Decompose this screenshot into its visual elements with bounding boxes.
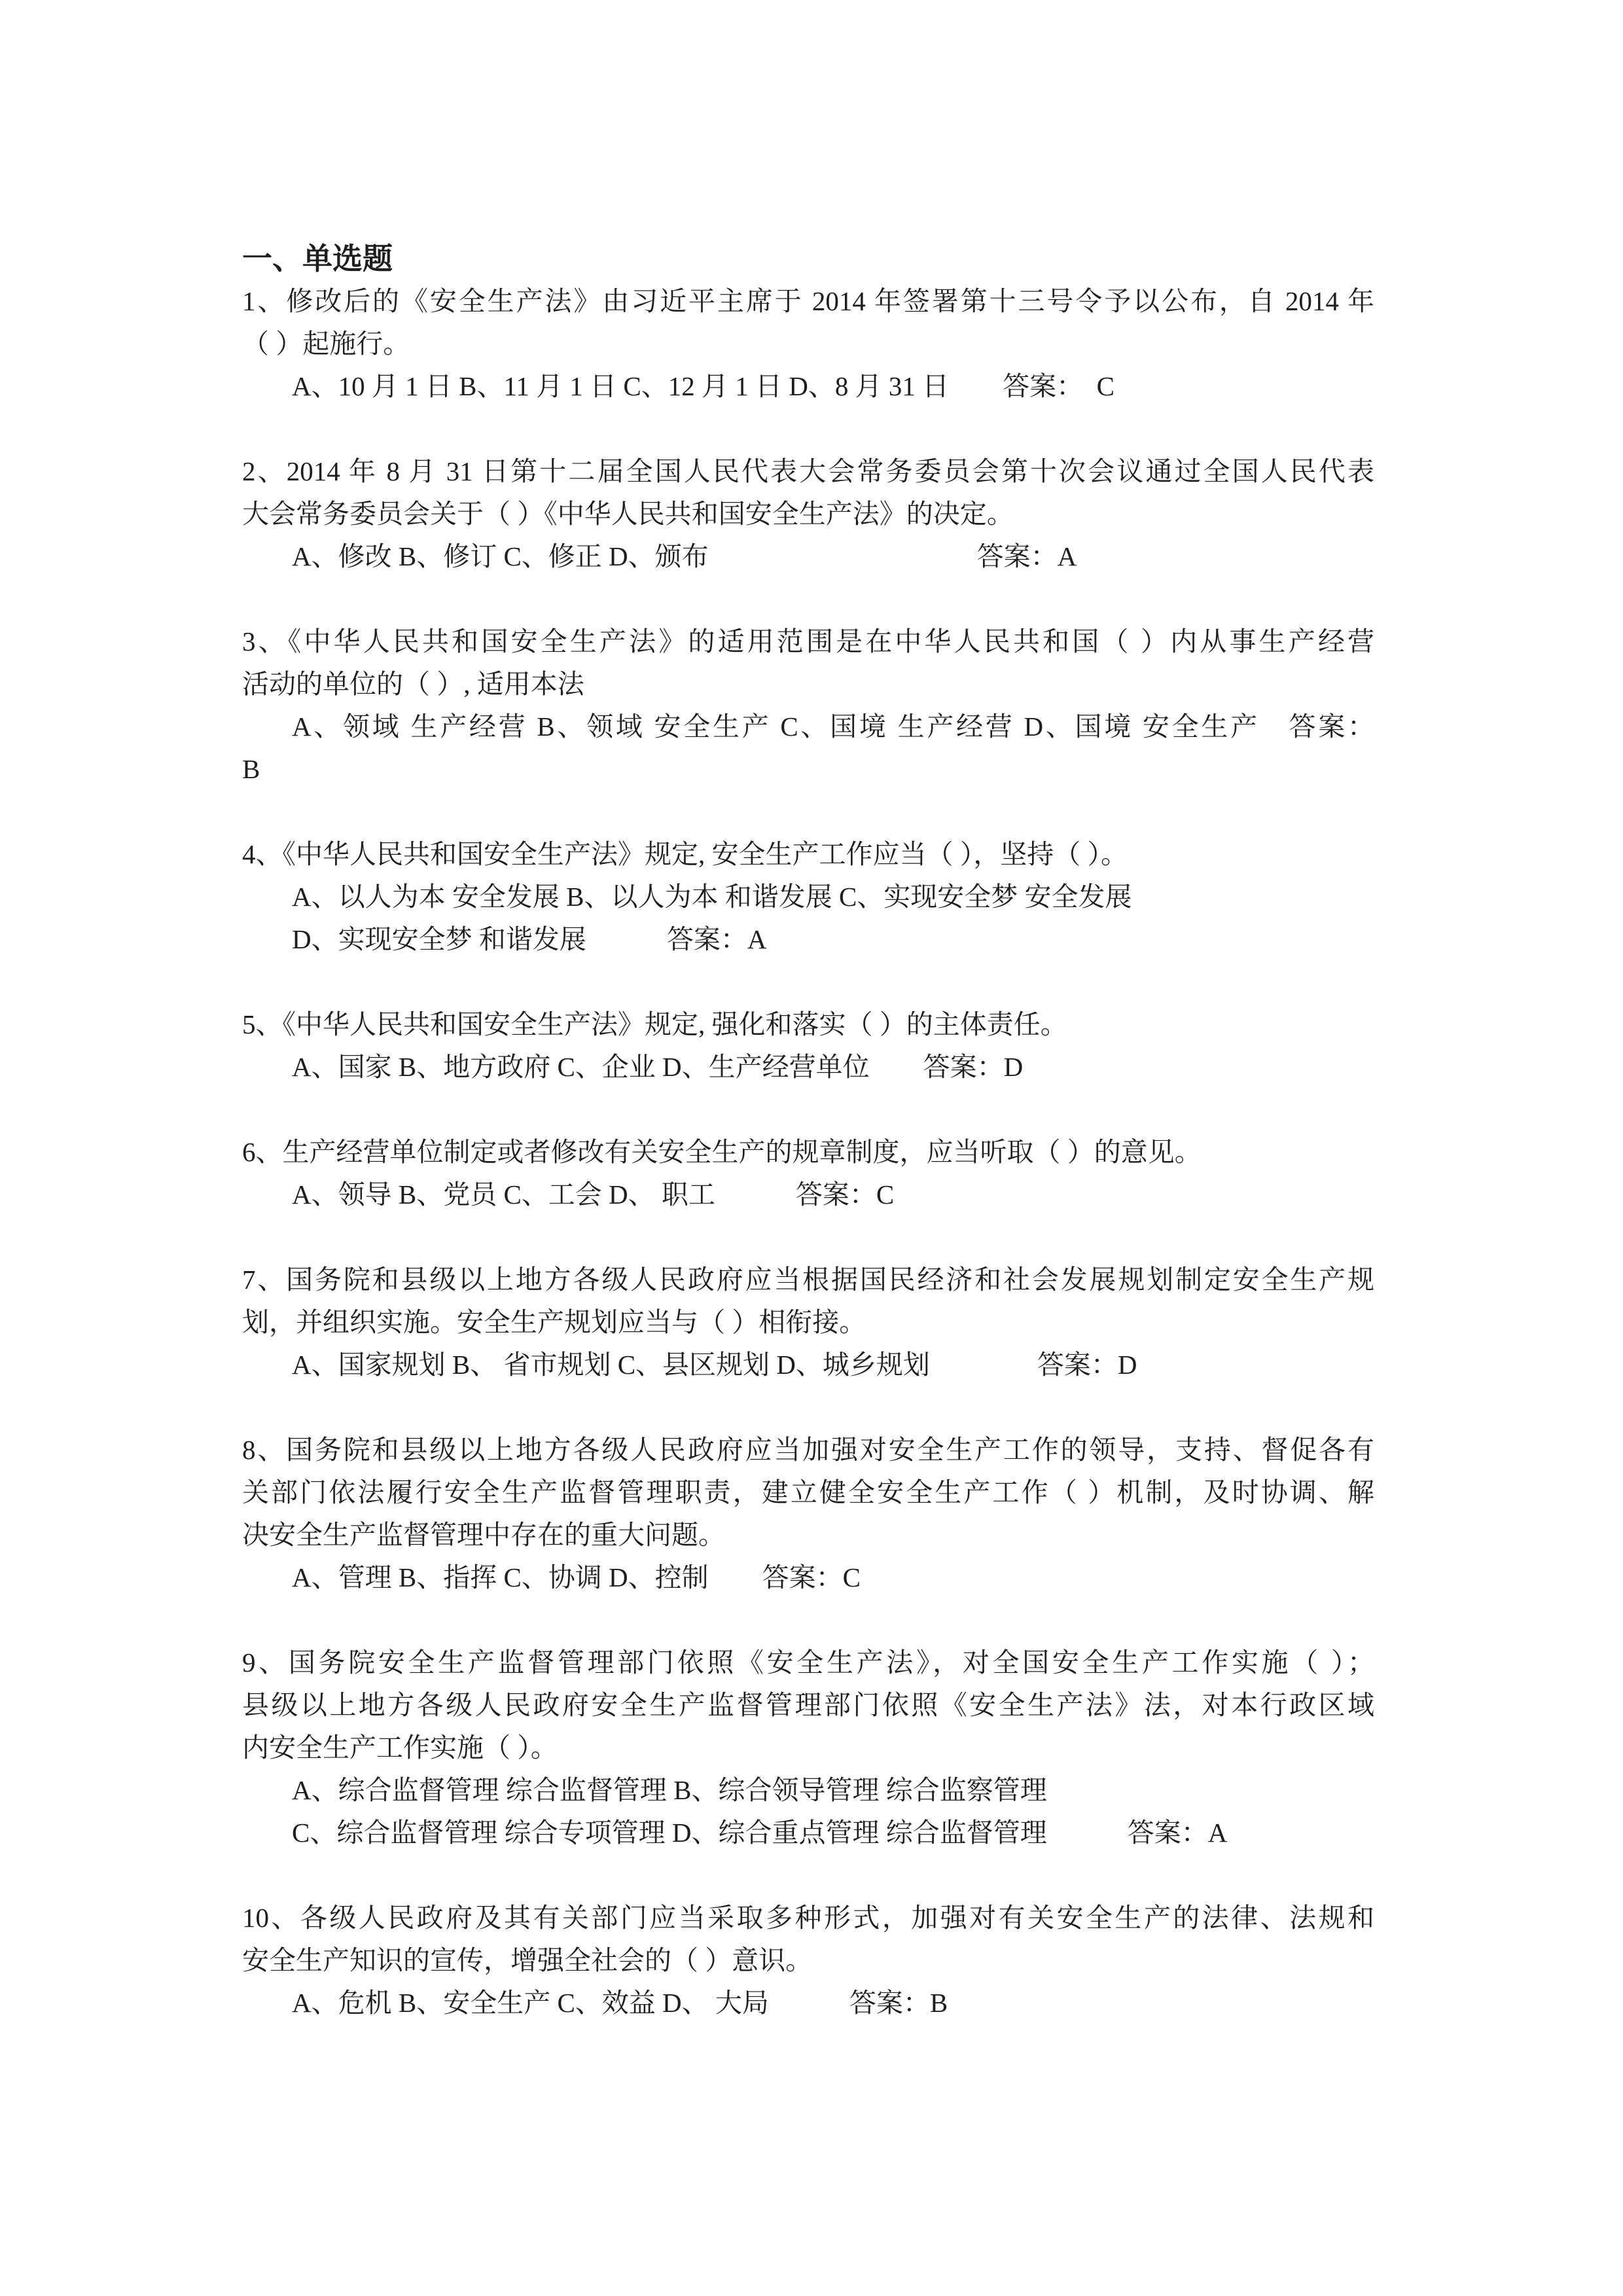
question-1-line-1: 1、修改后的《安全生产法》由习近平主席于 2014 年签署第十三号令予以公布，自… bbox=[242, 280, 1374, 323]
question-7-line-3: A、国家规划 B、 省市规划 C、县区规划 D、城乡规划 答案：D bbox=[242, 1344, 1374, 1386]
question-10: 10、各级人民政府及其有关部门应当采取多种形式，加强对有关安全生产的法律、法规和… bbox=[242, 1897, 1374, 2024]
question-2-line-1: 2、2014 年 8 月 31 日第十二届全国人民代表大会常务委员会第十次会议通… bbox=[242, 450, 1374, 493]
question-6: 6、生产经营单位制定或者修改有关安全生产的规章制度，应当听取（ ）的意见。A、领… bbox=[242, 1131, 1374, 1216]
question-3-line-4: B bbox=[242, 748, 1374, 791]
question-8-line-2: 关部门依法履行安全生产监督管理职责，建立健全安全生产工作（ ）机制，及时协调、解 bbox=[242, 1471, 1374, 1514]
question-1-line-2: （ ）起施行。 bbox=[242, 323, 1374, 365]
question-1-line-3: A、10 月 1 日 B、11 月 1 日 C、12 月 1 日 D、8 月 3… bbox=[242, 365, 1374, 408]
question-9-line-2: 县级以上地方各级人民政府安全生产监督管理部门依照《安全生产法》法，对本行政区域 bbox=[242, 1684, 1374, 1727]
question-5: 5、《中华人民共和国安全生产法》规定, 强化和落实（ ）的主体责任。A、国家 B… bbox=[242, 1003, 1374, 1088]
question-2: 2、2014 年 8 月 31 日第十二届全国人民代表大会常务委员会第十次会议通… bbox=[242, 450, 1374, 578]
question-4-line-3: D、实现安全梦 和谐发展 答案：A bbox=[242, 918, 1374, 961]
question-9-line-4: A、综合监督管理 综合监督管理 B、综合领导管理 综合监察管理 bbox=[242, 1769, 1374, 1812]
question-9-line-1: 9、国务院安全生产监督管理部门依照《安全生产法》，对全国安全生产工作实施（ ）； bbox=[242, 1641, 1374, 1684]
question-2-line-2: 大会常务委员会关于（ ）《中华人民共和国安全生产法》的决定。 bbox=[242, 493, 1374, 535]
question-10-line-3: A、危机 B、安全生产 C、效益 D、 大局 答案：B bbox=[242, 1982, 1374, 2024]
question-4: 4、《中华人民共和国安全生产法》规定, 安全生产工作应当（ ），坚持（ ）。A、… bbox=[242, 833, 1374, 961]
question-8-line-1: 8、国务院和县级以上地方各级人民政府应当加强对安全生产工作的领导，支持、督促各有 bbox=[242, 1429, 1374, 1471]
question-7: 7、国务院和县级以上地方各级人民政府应当根据国民经济和社会发展规划制定安全生产规… bbox=[242, 1259, 1374, 1386]
question-9: 9、国务院安全生产监督管理部门依照《安全生产法》，对全国安全生产工作实施（ ）；… bbox=[242, 1641, 1374, 1854]
question-10-line-1: 10、各级人民政府及其有关部门应当采取多种形式，加强对有关安全生产的法律、法规和 bbox=[242, 1897, 1374, 1939]
question-8-line-3: 决安全生产监督管理中存在的重大问题。 bbox=[242, 1514, 1374, 1556]
question-list: 1、修改后的《安全生产法》由习近平主席于 2014 年签署第十三号令予以公布，自… bbox=[242, 280, 1374, 2024]
question-6-line-2: A、领导 B、党员 C、工会 D、 职工 答案：C bbox=[242, 1174, 1374, 1216]
question-8: 8、国务院和县级以上地方各级人民政府应当加强对安全生产工作的领导，支持、督促各有… bbox=[242, 1429, 1374, 1599]
question-4-line-2: A、以人为本 安全发展 B、以人为本 和谐发展 C、实现安全梦 安全发展 bbox=[242, 876, 1374, 918]
question-10-line-2: 安全生产知识的宣传，增强全社会的（ ）意识。 bbox=[242, 1939, 1374, 1982]
question-3: 3、《中华人民共和国安全生产法》的适用范围是在中华人民共和国（ ）内从事生产经营… bbox=[242, 620, 1374, 791]
question-5-line-2: A、国家 B、地方政府 C、企业 D、生产经营单位 答案：D bbox=[242, 1046, 1374, 1088]
question-8-line-4: A、管理 B、指挥 C、协调 D、控制 答案：C bbox=[242, 1556, 1374, 1599]
question-3-line-3: A、领域 生产经营 B、领域 安全生产 C、国境 生产经营 D、国境 安全生产 … bbox=[242, 706, 1374, 748]
question-5-line-1: 5、《中华人民共和国安全生产法》规定, 强化和落实（ ）的主体责任。 bbox=[242, 1003, 1374, 1046]
question-6-line-1: 6、生产经营单位制定或者修改有关安全生产的规章制度，应当听取（ ）的意见。 bbox=[242, 1131, 1374, 1174]
question-9-line-5: C、综合监督管理 综合专项管理 D、综合重点管理 综合监督管理 答案：A bbox=[242, 1812, 1374, 1854]
question-7-line-2: 划，并组织实施。安全生产规划应当与（ ）相衔接。 bbox=[242, 1301, 1374, 1344]
question-4-line-1: 4、《中华人民共和国安全生产法》规定, 安全生产工作应当（ ），坚持（ ）。 bbox=[242, 833, 1374, 876]
question-3-line-2: 活动的单位的（ ）, 适用本法 bbox=[242, 663, 1374, 706]
question-7-line-1: 7、国务院和县级以上地方各级人民政府应当根据国民经济和社会发展规划制定安全生产规 bbox=[242, 1259, 1374, 1301]
question-2-line-3: A、修改 B、修订 C、修正 D、颁布 答案：A bbox=[242, 535, 1374, 578]
question-3-line-1: 3、《中华人民共和国安全生产法》的适用范围是在中华人民共和国（ ）内从事生产经营 bbox=[242, 620, 1374, 663]
exam-document: 一、单选题 1、修改后的《安全生产法》由习近平主席于 2014 年签署第十三号令… bbox=[242, 238, 1374, 2024]
question-9-line-3: 内安全生产工作实施（ ）。 bbox=[242, 1727, 1374, 1769]
section-heading: 一、单选题 bbox=[242, 238, 1374, 280]
question-1: 1、修改后的《安全生产法》由习近平主席于 2014 年签署第十三号令予以公布，自… bbox=[242, 280, 1374, 408]
